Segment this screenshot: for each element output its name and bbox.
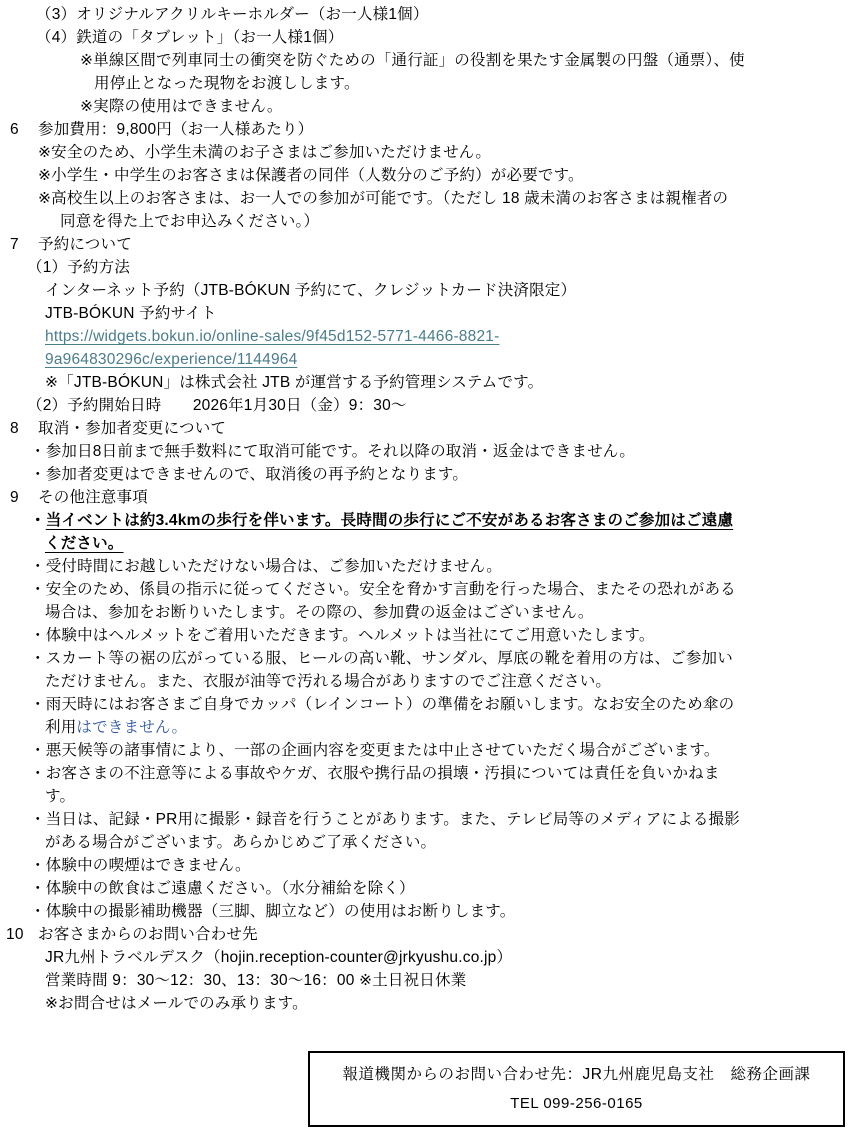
text-segment: 取消・参加者変更について bbox=[38, 420, 226, 437]
text-segment: JR九州トラベルデスク（hojin.reception-counter@jrky… bbox=[45, 949, 512, 966]
text-segment: 利用 bbox=[45, 719, 76, 736]
document-line: 10お客さまからのお問い合わせ先 bbox=[0, 923, 852, 946]
press-contact-box: 報道機関からのお問い合わせ先：JR九州鹿児島支社 総務企画課 TEL 099-2… bbox=[308, 1051, 845, 1127]
text-segment: ※お問合せはメールでのみ承ります。 bbox=[45, 995, 308, 1012]
reservation-url-link[interactable]: https://widgets.bokun.io/online-sales/9f… bbox=[45, 328, 499, 345]
document-line: ※安全のため、小学生未満のお子さまはご参加いただけません。 bbox=[0, 141, 852, 164]
document-line: ・雨天時にはお客さまご自身でカッパ（レインコート）の準備をお願いします。なお安全… bbox=[0, 693, 852, 716]
document-line: ・安全のため、係員の指示に従ってください。安全を脅かす言動を行った場合、またその… bbox=[0, 578, 852, 601]
document-line: ※高校生以上のお客さまは、お一人での参加が可能です。（ただし 18 歳未満のお客… bbox=[0, 187, 852, 210]
document-line: ※実際の使用はできません。 bbox=[0, 95, 852, 118]
text-segment: その他注意事項 bbox=[38, 489, 148, 506]
document-line: ※小学生・中学生のお客さまは保護者の同伴（人数分のご予約）が必要です。 bbox=[0, 164, 852, 187]
text-segment: インターネット予約（JTB-BÓKUN 予約にて、クレジットカード決済限定） bbox=[45, 282, 576, 299]
document-line: ・当日は、記録・PR用に撮影・録音を行うことがあります。また、テレビ局等のメディ… bbox=[0, 808, 852, 831]
text-segment: お客さまからのお問い合わせ先 bbox=[38, 926, 258, 943]
document-line: （3）オリジナルアクリルキーホルダー（お一人様1個） bbox=[0, 3, 852, 26]
text-segment: ※「JTB-BÓKUN」は株式会社 JTB が運営する予約管理システムです。 bbox=[45, 374, 543, 391]
document-line: 8取消・参加者変更について bbox=[0, 417, 852, 440]
document-line: 用停止となった現物をお渡しします。 bbox=[0, 72, 852, 95]
document-line: ・参加者変更はできませんので、取消後の再予約となります。 bbox=[0, 463, 852, 486]
document-line: ※「JTB-BÓKUN」は株式会社 JTB が運営する予約管理システムです。 bbox=[0, 371, 852, 394]
document-line: 営業時間 9：30～12：30、13：30～16：00 ※土日祝日休業 bbox=[0, 969, 852, 992]
document-line: ・受付時間にお越しいただけない場合は、ご参加いただけません。 bbox=[0, 555, 852, 578]
text-segment: ・受付時間にお越しいただけない場合は、ご参加いただけません。 bbox=[30, 558, 502, 575]
text-segment: ・体験中の撮影補助機器（三脚、脚立など）の使用はお断りします。 bbox=[30, 903, 515, 920]
document-line: す。 bbox=[0, 785, 852, 808]
document-line: ただけません。また、衣服が油等で汚れる場合がありますのでご注意ください。 bbox=[0, 670, 852, 693]
document-line: 利用はできません。 bbox=[0, 716, 852, 739]
text-segment: ※高校生以上のお客さまは、お一人での参加が可能です。（ただし 18 歳未満のお客… bbox=[38, 190, 728, 207]
list-number: 8 bbox=[10, 417, 19, 440]
press-contact-phone: TEL 099-256-0165 bbox=[310, 1093, 843, 1115]
text-segment: がある場合がございます。あらかじめご了承ください。 bbox=[45, 834, 436, 851]
text-segment: 当イベントは約3.4kmの歩行を伴います。長時間の歩行にご不安があるお客さまのご… bbox=[46, 512, 733, 529]
document-line: （4）鉄道の「タブレット」（お一人様1個） bbox=[0, 26, 852, 49]
document-line: 7予約について bbox=[0, 233, 852, 256]
text-segment: 場合は、参加をお断りいたします。その際の、参加費の返金はございません。 bbox=[45, 604, 594, 621]
document-line: ・当イベントは約3.4kmの歩行を伴います。長時間の歩行にご不安があるお客さまの… bbox=[0, 509, 852, 532]
document-line: ※お問合せはメールでのみ承ります。 bbox=[0, 992, 852, 1015]
text-segment: （1）予約方法 bbox=[27, 259, 130, 276]
text-segment: ・体験中はヘルメットをご着用いただきます。ヘルメットは当社にてご用意いたします。 bbox=[30, 627, 655, 644]
document-line: ・体験中の喫煙はできません。 bbox=[0, 854, 852, 877]
text-segment: ・スカート等の裾の広がっている服、ヒールの高い靴、サンダル、厚底の靴を着用の方は… bbox=[30, 650, 733, 667]
text-segment: 同意を得た上でお申込みください。） bbox=[60, 213, 319, 230]
text-segment: ・ bbox=[30, 512, 46, 529]
document-line: 場合は、参加をお断りいたします。その際の、参加費の返金はございません。 bbox=[0, 601, 852, 624]
text-segment: （3）オリジナルアクリルキーホルダー（お一人様1個） bbox=[36, 6, 429, 23]
text-segment: ・参加日8日前まで無手数料にて取消可能です。それ以降の取消・返金はできません。 bbox=[30, 443, 635, 460]
text-segment: ください。 bbox=[45, 535, 124, 552]
document-page: （3）オリジナルアクリルキーホルダー（お一人様1個）（4）鉄道の「タブレット」（… bbox=[0, 0, 852, 1134]
text-segment: 営業時間 9：30～12：30、13：30～16：00 ※土日祝日休業 bbox=[45, 972, 466, 989]
list-number: 6 bbox=[10, 118, 19, 141]
list-number: 9 bbox=[10, 486, 19, 509]
text-segment: ※実際の使用はできません。 bbox=[80, 98, 283, 115]
document-line: ※単線区間で列車同士の衝突を防ぐための「通行証」の役割を果たす金属製の円盤（通票… bbox=[0, 49, 852, 72]
document-line: ください。 bbox=[0, 532, 852, 555]
text-segment: はできません。 bbox=[76, 719, 187, 736]
text-segment: （2）予約開始日時 2026年1月30日（金）9：30～ bbox=[27, 397, 407, 414]
document-line: 同意を得た上でお申込みください。） bbox=[0, 210, 852, 233]
text-segment: ※小学生・中学生のお客さまは保護者の同伴（人数分のご予約）が必要です。 bbox=[38, 167, 584, 184]
text-segment: ・参加者変更はできませんので、取消後の再予約となります。 bbox=[30, 466, 468, 483]
text-segment: ・安全のため、係員の指示に従ってください。安全を脅かす言動を行った場合、またその… bbox=[30, 581, 736, 598]
text-segment: ただけません。また、衣服が油等で汚れる場合がありますのでご注意ください。 bbox=[45, 673, 611, 690]
document-line: ・体験中の撮影補助機器（三脚、脚立など）の使用はお断りします。 bbox=[0, 900, 852, 923]
text-segment: ※安全のため、小学生未満のお子さまはご参加いただけません。 bbox=[38, 144, 491, 161]
reservation-url-link[interactable]: 9a964830296c/experience/1144964 bbox=[45, 351, 297, 368]
document-line: （2）予約開始日時 2026年1月30日（金）9：30～ bbox=[0, 394, 852, 417]
document-line: インターネット予約（JTB-BÓKUN 予約にて、クレジットカード決済限定） bbox=[0, 279, 852, 302]
document-line: ・体験中の飲食はご遠慮ください。（水分補給を除く） bbox=[0, 877, 852, 900]
text-segment: ※単線区間で列車同士の衝突を防ぐための「通行証」の役割を果たす金属製の円盤（通票… bbox=[80, 52, 745, 69]
text-segment: 参加費用：9,800円（お一人様あたり） bbox=[38, 121, 313, 138]
document-line: ・体験中はヘルメットをご着用いただきます。ヘルメットは当社にてご用意いたします。 bbox=[0, 624, 852, 647]
text-segment: ・体験中の喫煙はできません。 bbox=[30, 857, 251, 874]
document-line: ・お客さまの不注意等による事故やケガ、衣服や携行品の損壊・汚損については責任を負… bbox=[0, 762, 852, 785]
document-line: （1）予約方法 bbox=[0, 256, 852, 279]
list-number: 10 bbox=[6, 923, 24, 946]
text-segment: JTB-BÓKUN 予約サイト bbox=[45, 305, 217, 322]
document-body: （3）オリジナルアクリルキーホルダー（お一人様1個）（4）鉄道の「タブレット」（… bbox=[0, 3, 852, 1015]
text-segment: ・当日は、記録・PR用に撮影・録音を行うことがあります。また、テレビ局等のメディ… bbox=[30, 811, 740, 828]
text-segment: ・体験中の飲食はご遠慮ください。（水分補給を除く） bbox=[30, 880, 415, 897]
document-line: がある場合がございます。あらかじめご了承ください。 bbox=[0, 831, 852, 854]
text-segment: ・お客さまの不注意等による事故やケガ、衣服や携行品の損壊・汚損については責任を負… bbox=[30, 765, 720, 782]
list-number: 7 bbox=[10, 233, 19, 256]
text-segment: 予約について bbox=[38, 236, 132, 253]
document-line: ・参加日8日前まで無手数料にて取消可能です。それ以降の取消・返金はできません。 bbox=[0, 440, 852, 463]
document-line: https://widgets.bokun.io/online-sales/9f… bbox=[0, 325, 852, 348]
text-segment: ・雨天時にはお客さまご自身でカッパ（レインコート）の準備をお願いします。なお安全… bbox=[30, 696, 734, 713]
document-line: 9a964830296c/experience/1144964 bbox=[0, 348, 852, 371]
press-contact-line: 報道機関からのお問い合わせ先：JR九州鹿児島支社 総務企画課 bbox=[310, 1063, 843, 1087]
text-segment: （4）鉄道の「タブレット」（お一人様1個） bbox=[36, 29, 343, 46]
text-segment: ・悪天候等の諸事情により、一部の企画内容を変更または中止させていただく場合がござ… bbox=[30, 742, 720, 759]
document-line: ・スカート等の裾の広がっている服、ヒールの高い靴、サンダル、厚底の靴を着用の方は… bbox=[0, 647, 852, 670]
document-line: ・悪天候等の諸事情により、一部の企画内容を変更または中止させていただく場合がござ… bbox=[0, 739, 852, 762]
text-segment: 用停止となった現物をお渡しします。 bbox=[94, 75, 360, 92]
text-segment: す。 bbox=[45, 788, 75, 805]
document-line: JR九州トラベルデスク（hojin.reception-counter@jrky… bbox=[0, 946, 852, 969]
document-line: 6参加費用：9,800円（お一人様あたり） bbox=[0, 118, 852, 141]
document-line: JTB-BÓKUN 予約サイト bbox=[0, 302, 852, 325]
document-line: 9その他注意事項 bbox=[0, 486, 852, 509]
